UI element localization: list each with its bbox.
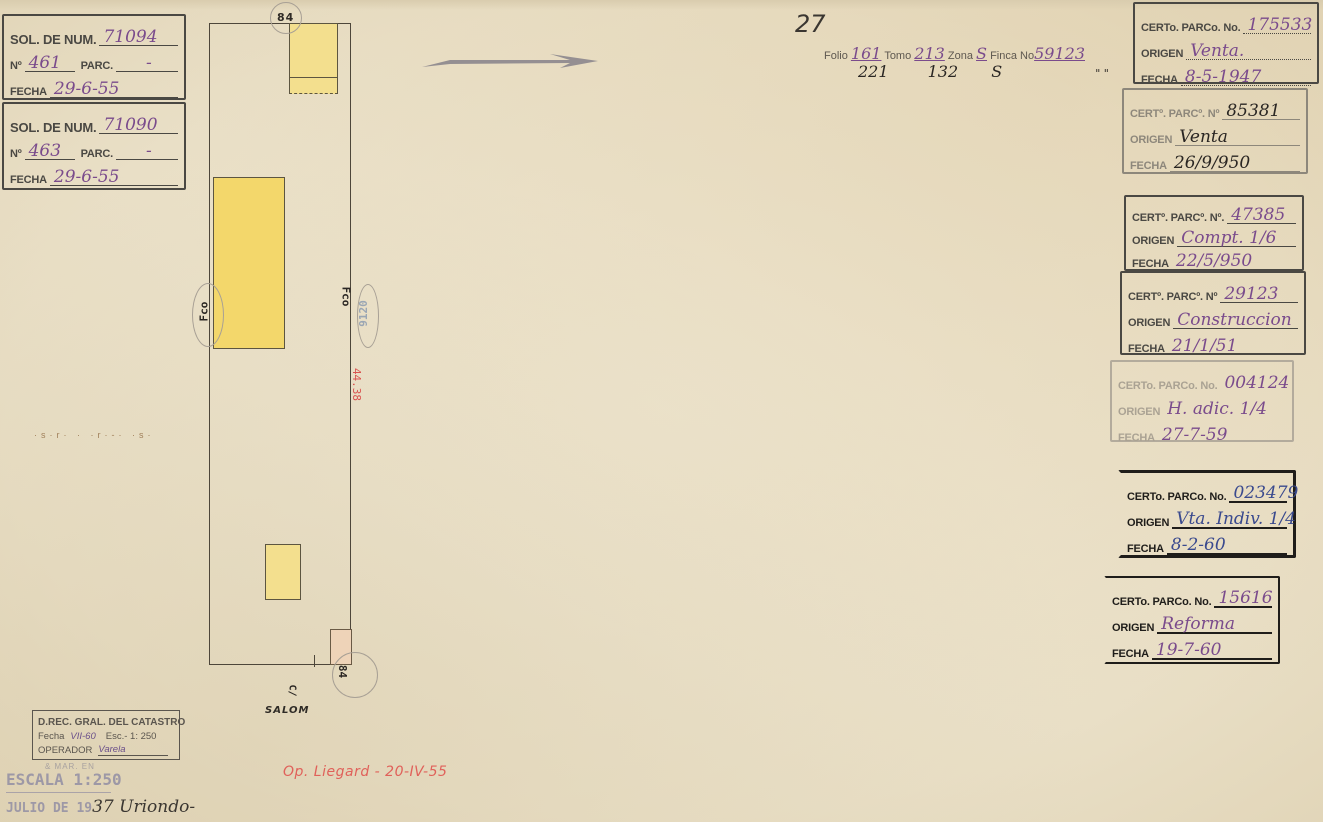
stamp-value: 8-2-60 bbox=[1171, 537, 1226, 554]
stamp-value: 27-7-59 bbox=[1162, 427, 1228, 444]
finca-value: 59123 bbox=[1034, 44, 1085, 63]
escala-label: Esc.- 1: 250 bbox=[106, 731, 157, 742]
stamp-value: Compt. 1/6 bbox=[1181, 230, 1276, 247]
stamp-value: 29-6-55 bbox=[54, 169, 120, 186]
catastro-stamp: D.REC. GRAL. DEL CATASTRO FechaVII-60Esc… bbox=[32, 710, 180, 760]
fecha-value: VII-60 bbox=[70, 731, 95, 742]
stamp-value: 8-5-1947 bbox=[1185, 69, 1261, 86]
stamp-label: CERTº. PARCº. Nº bbox=[1128, 292, 1217, 303]
stamp-label: ORIGEN bbox=[1112, 623, 1154, 634]
stamp-label: ORIGEN bbox=[1141, 49, 1183, 60]
cert-parc-stamp-5: CERTo. PARCo. No.004124 ORIGENH. adic. 1… bbox=[1110, 360, 1294, 442]
folio-header-row-2: 221 132 S " " bbox=[858, 62, 1109, 81]
escala-divider bbox=[6, 792, 111, 793]
catastro-title: D.REC. GRAL. DEL CATASTRO bbox=[38, 714, 174, 728]
stamp-value: 19-7-60 bbox=[1156, 642, 1222, 659]
stamp-label: SOL. DE NUM. bbox=[10, 33, 96, 46]
sol-num-stamp-2: SOL. DE NUM.71090 Nº463PARC.- FECHA29-6-… bbox=[2, 102, 186, 190]
stamp-label: ORIGEN bbox=[1130, 135, 1172, 146]
stamp-label: Nº bbox=[10, 61, 22, 72]
cert-parc-stamp-4: CERTº. PARCº. Nº29123 ORIGENConstruccion… bbox=[1120, 271, 1306, 355]
tomo-value-2: 132 bbox=[928, 62, 959, 81]
north-arrow-icon bbox=[420, 52, 600, 72]
stamp-value: 461 bbox=[29, 55, 61, 72]
stamp-value: - bbox=[146, 143, 152, 160]
tomo-value: 213 bbox=[914, 44, 945, 63]
stamp-value: 15616 bbox=[1218, 590, 1272, 607]
stamp-value: Reforma bbox=[1161, 616, 1235, 633]
stamp-value: 85381 bbox=[1226, 103, 1280, 120]
cert-parc-stamp-6: CERTo. PARCo. No.023479 ORIGENVta. Indiv… bbox=[1118, 470, 1296, 558]
stamp-value: 023479 bbox=[1233, 485, 1298, 502]
operator-note: Op. Liegard - 20-IV-55 bbox=[283, 764, 447, 780]
stamp-label: ORIGEN bbox=[1128, 318, 1170, 329]
folio-label: Folio bbox=[824, 50, 848, 62]
tomo-label: Tomo bbox=[884, 50, 911, 62]
street-side-label: C/ bbox=[287, 684, 298, 696]
left-side-label: Fco bbox=[197, 302, 210, 322]
stamp-label: FECHA bbox=[1127, 544, 1164, 555]
stamp-label: ORIGEN bbox=[1132, 236, 1174, 247]
stamp-label: ORIGEN bbox=[1118, 407, 1160, 418]
cert-parc-stamp-7: CERTo. PARCo. No.15616 ORIGENReforma FEC… bbox=[1104, 576, 1280, 664]
building-main bbox=[213, 177, 285, 349]
finca-label: Finca No bbox=[990, 50, 1034, 62]
stamp-label: ORIGEN bbox=[1127, 518, 1169, 529]
stamp-value: H. adic. 1/4 bbox=[1167, 401, 1267, 418]
stamp-value: 71090 bbox=[103, 117, 157, 134]
faded-marks: ·s·r· · ·r·-· ·s· bbox=[34, 430, 154, 440]
stamp-value: 463 bbox=[29, 143, 61, 160]
finca-value-2: " " bbox=[1095, 67, 1109, 80]
stamp-value: Construccion bbox=[1177, 312, 1291, 329]
stamp-value: 71094 bbox=[103, 29, 157, 46]
stamp-label: Nº bbox=[10, 149, 22, 160]
page-number: 27 bbox=[795, 10, 826, 38]
cert-parc-stamp-3: CERTº. PARCº. Nº.47385 ORIGENCompt. 1/6 … bbox=[1124, 195, 1304, 271]
zona-label: Zona bbox=[948, 50, 973, 62]
stamp-label: SOL. DE NUM. bbox=[10, 121, 96, 134]
stamp-label: PARC. bbox=[81, 149, 113, 160]
right-side-label: Fco bbox=[339, 287, 352, 307]
julio-stamp: JULIO DE 1937 Uriondo- bbox=[6, 797, 195, 817]
stamp-label: CERTo. PARCo. No. bbox=[1141, 23, 1240, 34]
stamp-label: CERTº. PARCº. Nº. bbox=[1132, 213, 1224, 224]
stamp-label: CERTo. PARCo. No. bbox=[1112, 597, 1211, 608]
stamp-value: 29-6-55 bbox=[54, 81, 120, 98]
escala-stamp: ESCALA 1:250 bbox=[6, 770, 122, 789]
stamp-value: 004124 bbox=[1224, 375, 1289, 392]
stamp-label: FECHA bbox=[1141, 75, 1178, 86]
stamp-label: CERTo. PARCo. No. bbox=[1118, 381, 1217, 392]
cert-parc-stamp-2: CERTº. PARCº. Nº85381 ORIGENVenta FECHA2… bbox=[1122, 88, 1308, 174]
dimension-label: 44.38 bbox=[350, 368, 363, 401]
stamp-label: CERTo. PARCo. No. bbox=[1127, 492, 1226, 503]
stamp-label: FECHA bbox=[1132, 259, 1169, 270]
street-label: SALOM bbox=[265, 705, 309, 716]
building-small bbox=[265, 544, 301, 600]
stamp-value: 22/5/950 bbox=[1176, 253, 1252, 270]
building-top-annex bbox=[289, 77, 338, 94]
julio-text: JULIO DE 19 bbox=[6, 801, 92, 816]
operador-label: OPERADOR bbox=[38, 745, 92, 756]
stamp-label: CERTº. PARCº. Nº bbox=[1130, 109, 1219, 120]
julio-handwriting: 37 Uriondo- bbox=[92, 797, 195, 817]
folio-header: Folio 161 Tomo 213 Zona S Finca No59123 bbox=[824, 44, 1085, 63]
corner-label-bottom: 84 bbox=[336, 665, 349, 678]
fecha-label: Fecha bbox=[38, 731, 64, 742]
stamp-value: 29123 bbox=[1224, 286, 1278, 303]
stamp-label: FECHA bbox=[10, 175, 47, 186]
sol-num-stamp-1: SOL. DE NUM.71094 Nº461PARC.- FECHA29-6-… bbox=[2, 14, 186, 100]
stamp-value: 21/1/51 bbox=[1172, 338, 1238, 355]
stamp-value: 175533 bbox=[1247, 17, 1312, 34]
stamp-value: Venta bbox=[1179, 129, 1228, 146]
cert-parc-stamp-1: CERTo. PARCo. No.175533 ORIGENVenta. FEC… bbox=[1133, 2, 1319, 84]
corner-label-top: 84 bbox=[277, 11, 294, 24]
stamp-label: FECHA bbox=[1130, 161, 1167, 172]
zona-value: S bbox=[976, 44, 987, 63]
stamp-value: 47385 bbox=[1231, 207, 1285, 224]
tick-mark bbox=[314, 655, 315, 667]
stamp-label: FECHA bbox=[1118, 433, 1155, 444]
stamp-label: FECHA bbox=[1112, 649, 1149, 660]
stamp-label: FECHA bbox=[1128, 344, 1165, 355]
stamp-label: PARC. bbox=[81, 61, 113, 72]
zona-value-2: S bbox=[991, 62, 1002, 81]
building-top bbox=[289, 23, 338, 79]
stamp-value: - bbox=[146, 55, 152, 72]
stamp-value: Vta. Indiv. 1/4 bbox=[1176, 511, 1296, 528]
stamp-label: FECHA bbox=[10, 87, 47, 98]
stamp-value: 26/9/950 bbox=[1174, 155, 1250, 172]
paper-top-edge bbox=[0, 0, 1323, 10]
operador-value: Varela bbox=[98, 744, 168, 756]
stamp-value: Venta. bbox=[1190, 43, 1244, 60]
folio-value: 161 bbox=[851, 44, 882, 63]
right-side-circle-label: 9120 bbox=[357, 300, 370, 327]
folio-value-2: 221 bbox=[858, 62, 889, 81]
